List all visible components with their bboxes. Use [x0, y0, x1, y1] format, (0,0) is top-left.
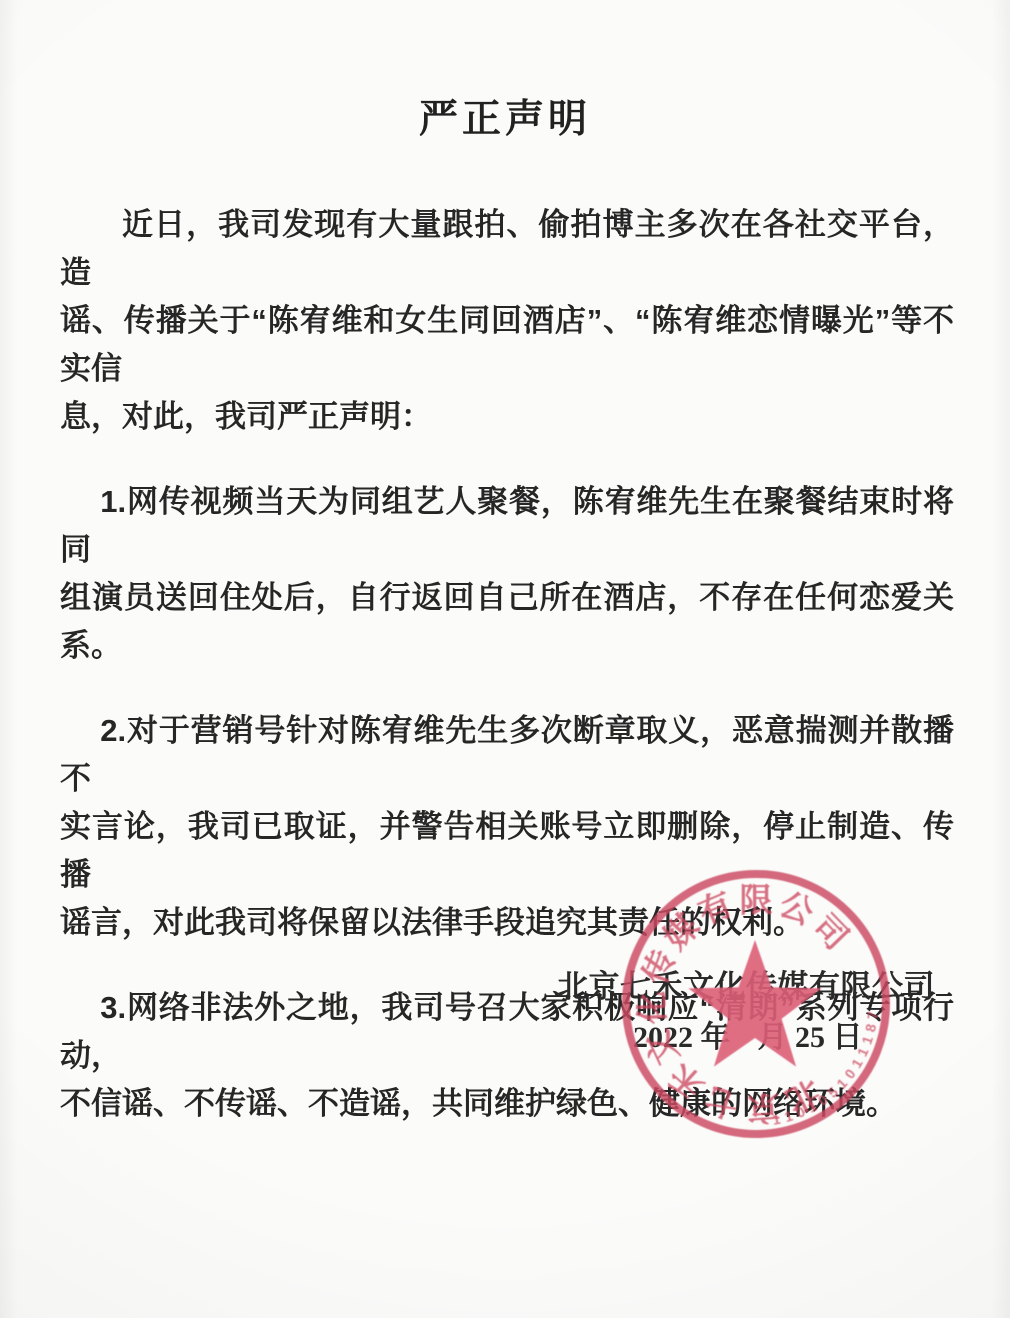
document-page: 严正声明 近日，我司发现有大量跟拍、偷拍博主多次在各社交平台，造 谣、传播关于“… [0, 0, 1010, 1318]
statement-point-1: 1.网传视频当天为同组艺人聚餐，陈宥维先生在聚餐结束时将同 组演员送回住处后，自… [60, 478, 954, 670]
company-seal-svg: 北京七禾文化传媒有限公司1101051011187 [618, 866, 894, 1142]
seal-number-digit: 8 [862, 1022, 879, 1033]
seal-number-digit: 1 [858, 1034, 876, 1047]
star-icon [688, 940, 821, 1067]
seal-ring-char: 有 [693, 885, 738, 932]
seal-ring-char: 化 [633, 990, 671, 1025]
company-seal-stamp: 北京七禾文化传媒有限公司1101051011187 [618, 866, 894, 1142]
document-title: 严正声明 [0, 88, 1010, 144]
seal-ring-char: 传 [636, 945, 682, 989]
seal-ring-char: 限 [740, 882, 773, 919]
statement-intro-paragraph: 近日，我司发现有大量跟拍、偷拍博主多次在各社交平台，造 谣、传播关于“陈宥维和女… [60, 201, 954, 441]
seal-ring-char: 公 [774, 885, 819, 932]
seal-number-digit: 1 [848, 1056, 866, 1071]
seal-number-digit: 7 [864, 1011, 881, 1021]
seal-number-digit: 1 [854, 1045, 872, 1059]
seal-ring-char: 七 [701, 1079, 744, 1125]
